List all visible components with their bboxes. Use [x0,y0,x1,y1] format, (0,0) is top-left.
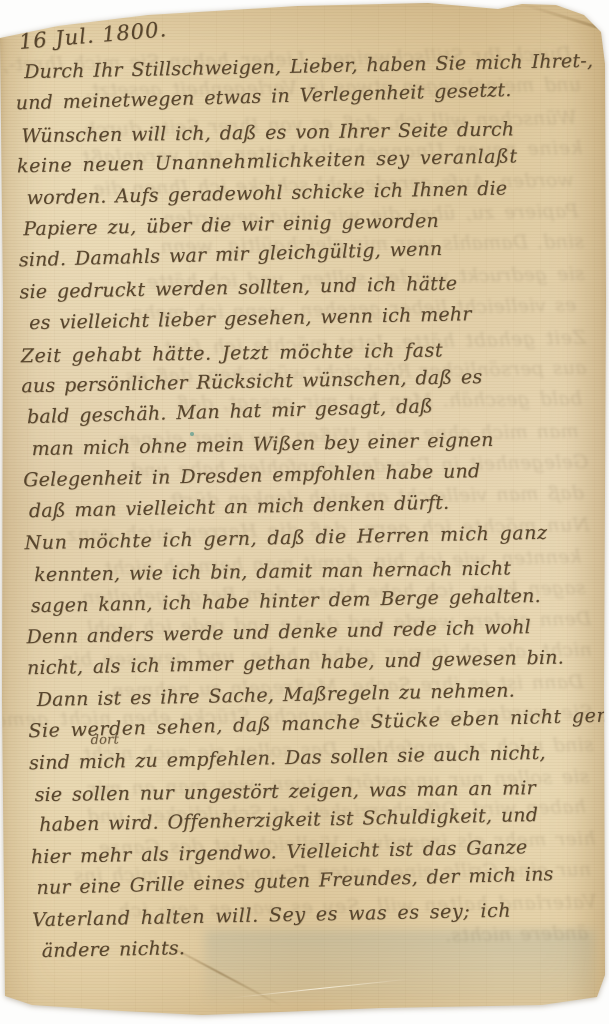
date-line: 16 Jul. 1800. [18,17,168,54]
interlinear-insertion: dort [90,733,119,747]
paper-shadow-wrap: Durch Ihr Stillschweigen, Lieber, haben … [0,0,609,1024]
scanned-letter: Durch Ihr Stillschweigen, Lieber, haben … [0,0,609,1024]
letter-body: Durch Ihr Stillschweigen, Lieber, haben … [15,46,609,968]
letter-page: Durch Ihr Stillschweigen, Lieber, haben … [0,0,609,1024]
letter-content: 16 Jul. 1800. Durch Ihr Stillschweigen, … [15,24,599,967]
ink-dot [190,432,194,436]
